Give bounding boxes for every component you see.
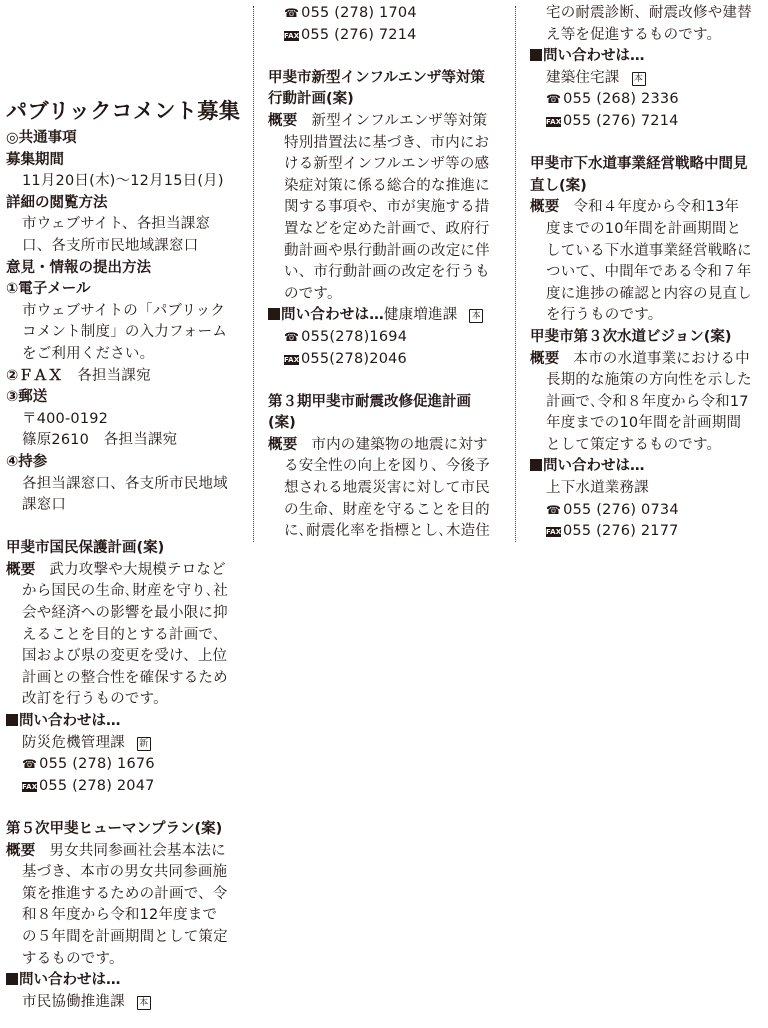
fax-icon: FAX [284,31,299,41]
column-2: ☎055 (278) 1704 FAX055 (276) 7214 甲斐市新型イ… [268,0,504,543]
inquiry-label: 問い合わせは… [281,307,384,323]
summary-label: 概要 [6,562,35,578]
plan-section: 甲斐市下水道事業経営戦略中間見 直し(案) 概要令和４年度から令和13年 度まで… [530,154,766,327]
email-label: ①電子メール [6,279,242,301]
summary-text: ける新型インフルエンザ等の感 [268,154,504,176]
dept-name: 防災危機管理課 [22,735,125,751]
submit-label: 意見・情報の提出方法 [6,258,242,280]
summary-text: 新型インフルエンザ等対策 [311,113,487,129]
summary-text: から国民の生命､財産を守り､社 [6,581,242,603]
square-bullet-icon [268,308,280,320]
fax-icon: FAX [546,117,561,127]
summary-text: え等を促進するものです。 [530,25,766,47]
plan-title: 甲斐市第３次水道ビジョン(案) [530,327,766,349]
main-office-badge-icon: 本 [469,309,483,323]
summary-text: 計画との整合性を確保するため [6,668,242,690]
bring-text: 各担当課窓口、各支所市民地域 [6,474,242,496]
fax-label: ②ＦＡＸ [6,368,63,384]
summary-text: 宅の耐震診断、耐震改修や建替 [530,3,766,25]
summary-text: 年度までの10年間を計画期間 [530,413,766,435]
summary-text: 長期的な施策の方向性を示した [530,370,766,392]
plan-title: 行動計画(案) [268,89,504,111]
inquiry-label: 問い合わせは… [19,713,121,729]
fax-number: 055(278)2046 [301,351,407,367]
phone-icon: ☎ [546,92,561,106]
viewing-label: 詳細の閲覧方法 [6,193,242,215]
summary-text: 国および県の変更を受け、上位 [6,646,242,668]
new-office-badge-icon: 新 [137,737,151,751]
summary-text: 置などを定めた計画で、政府行 [268,219,504,241]
dept-name: 上下水道業務課 [530,478,766,500]
square-bullet-icon [6,714,18,726]
fax-number: 055 (276) 7214 [563,113,679,129]
plan-title: 甲斐市新型インフルエンザ等対策 [268,68,504,90]
square-bullet-icon [530,459,542,471]
summary-text: ついて、中間年である令和７年 [530,262,766,284]
summary-text: を行うものです。 [530,305,766,327]
summary-text: 改訂を行うものです。 [6,689,242,711]
plan-section: 甲斐市第３次水道ビジョン(案) 概要本市の水道事業における中 長期的な施策の方向… [530,327,766,543]
page-title: パブリックコメント募集 [6,96,242,126]
plan-title: (案) [268,413,504,435]
plan-section: 第３期甲斐市耐震改修促進計画 (案) 概要市内の建築物の地震に対す る安全性の向… [268,392,504,543]
summary-text: 男女共同参画社会基本法に [49,843,225,859]
email-text: 市ウェブサイトの「パブリック [6,301,242,323]
column-3: 宅の耐震診断、耐震改修や建替 え等を促進するものです。 問い合わせは… 建築住宅… [530,0,766,543]
summary-text: えることを目的とする計画で､ [6,625,242,647]
phone-number: 055 (268) 2336 [563,91,679,107]
main-office-badge-icon: 本 [137,996,151,1010]
dept-name: 建築住宅課 [546,70,620,86]
summary-text: している下水道事業経営戦略に [530,241,766,263]
phone-number: 055(278)1694 [301,329,407,345]
plan-title: 甲斐市国民保護計画(案) [6,538,242,560]
phone-icon: ☎ [284,330,299,344]
summary-label: 概要 [268,113,297,129]
plan-title: 直し(案) [530,176,766,198]
summary-text: の５年間を計画期間として策定 [6,927,242,949]
email-text: をご利用ください。 [6,344,242,366]
square-bullet-icon [6,973,18,985]
phone-icon: ☎ [22,757,37,771]
summary-label: 概要 [6,843,35,859]
summary-label: 概要 [268,437,297,453]
fax-icon: FAX [546,527,561,537]
fax-method: ②ＦＡＸ 各担当課宛 [6,366,242,388]
inquiry-label: 問い合わせは… [19,972,121,988]
summary-text: る安全性の向上を図り、今後予 [268,456,504,478]
plan-title: 甲斐市下水道事業経営戦略中間見 [530,154,766,176]
mail-label: ③郵送 [6,387,242,409]
summary-text: 武力攻撃や大規模テロなど [49,562,225,578]
fax-icon: FAX [22,782,37,792]
dept-name: 健康増進課 [384,307,458,323]
phone-icon: ☎ [546,503,561,517]
summary-text: 市内の建築物の地震に対す [311,437,487,453]
column-1: パブリックコメント募集 ◎共通事項 募集期間 11月20日(木)～12月15日(… [6,0,242,1013]
summary-text: 染症対策に係る総合的な推進に [268,176,504,198]
summary-text: 和８年度から令和12年度まで [6,905,242,927]
summary-text: 令和４年度から令和13年 [573,199,739,215]
phone-number: 055 (278) 1676 [39,756,155,772]
summary-label: 概要 [530,199,559,215]
plan-section: 甲斐市国民保護計画(案) 概要武力攻撃や大規模テロなど から国民の生命､財産を守… [6,538,242,797]
summary-text: い、市行動計画の改定を行うも [268,262,504,284]
main-office-badge-icon: 本 [632,72,646,86]
summary-text: 想される地震災害に対して市民 [268,478,504,500]
summary-text: のです。 [268,284,504,306]
bring-label: ④持参 [6,452,242,474]
fax-icon: FAX [284,355,299,365]
bring-text: 課窓口 [6,495,242,517]
summary-label: 概要 [530,351,559,367]
summary-text: 特別措置法に基づき、市内にお [268,133,504,155]
period-value: 11月20日(木)～12月15日(月) [6,171,242,193]
summary-text: 関する事項や、市が実施する措 [268,197,504,219]
plan-section: 甲斐市新型インフルエンザ等対策 行動計画(案) 概要新型インフルエンザ等対策 特… [268,68,504,370]
plan-title: 第３期甲斐市耐震改修促進計画 [268,392,504,414]
mail-text: 篠原2610 各担当課宛 [6,430,242,452]
summary-text: 動計画や県行動計画の改定に伴 [268,241,504,263]
square-bullet-icon [530,49,542,61]
summary-text: 会や経済への影響を最小限に抑 [6,603,242,625]
summary-text: 度までの10年間を計画期間と [530,219,766,241]
summary-text: の生命、財産を守ることを目的 [268,500,504,522]
summary-text: するものです。 [6,949,242,971]
plan-section: 第５次甲斐ヒューマンプラン(案) 概要男女共同参画社会基本法に 基づき、本市の男… [6,819,242,1013]
summary-text: 基づき、本市の男女共同参画施 [6,862,242,884]
dept-name: 市民協働推進課 [22,994,125,1010]
summary-text: 本市の水道事業における中 [573,351,749,367]
inquiry-label: 問い合わせは… [543,48,645,64]
summary-text: 策を推進するための計画で、令 [6,884,242,906]
summary-text: 度に進捗の確認と内容の見直し [530,284,766,306]
fax-number: 055 (276) 2177 [563,523,679,539]
column-divider-1 [253,6,254,542]
column-divider-2 [515,6,516,542]
phone-icon: ☎ [284,6,299,20]
fax-number: 055 (278) 2047 [39,778,155,794]
plan-title: 第５次甲斐ヒューマンプラン(案) [6,819,242,841]
viewing-text: 市ウェブサイト、各担当課窓 [6,214,242,236]
inquiry-label: 問い合わせは… [543,458,645,474]
phone-number: 055 (278) 1704 [301,5,417,21]
summary-text: として策定するものです。 [530,435,766,457]
summary-text: に､耐震化率を指標とし､木造住 [268,521,504,543]
period-label: 募集期間 [6,150,242,172]
fax-number: 055 (276) 7214 [301,27,417,43]
fax-value: 各担当課宛 [77,368,151,384]
common-heading: ◎共通事項 [6,128,242,150]
viewing-text: 口、各支所市民地域課窓口 [6,236,242,258]
email-text: コメント制度」の入力フォーム [6,322,242,344]
phone-number: 055 (276) 0734 [563,502,679,518]
summary-text: 計画で､令和８年度から令和17 [530,392,766,414]
mail-text: 〒400-0192 [6,409,242,431]
